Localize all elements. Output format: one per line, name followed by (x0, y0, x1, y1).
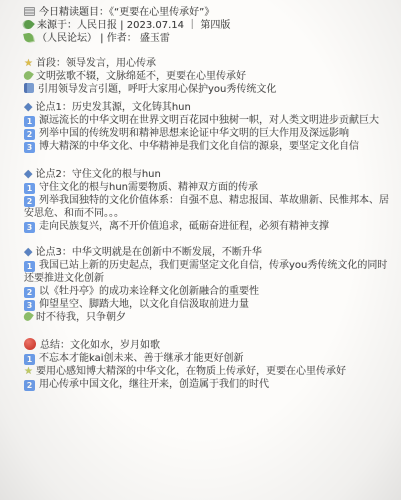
keycap-1-icon: 1 (24, 261, 35, 272)
note-line-section-1: ◆论点1：历史发其源，文化铸其hun (24, 101, 391, 114)
line-text: 列举中国的传统发明和精神思想来论证中华文明的巨大作用及深远影响 (39, 128, 349, 139)
keycap-3-icon: 3 (24, 222, 35, 233)
line-text: 仰望星空、脚踏大地，以文化自信汲取前进力量 (39, 299, 249, 310)
keycap-1-icon: 1 (24, 116, 35, 127)
line-text: 博大精深的中华文化、中华精神是我们文化自信的源泉，要坚定文化自信 (39, 141, 359, 152)
line-text: 论点1：历史发其源，文化铸其hun (35, 102, 190, 113)
sparkle-green-icon: ★ (24, 366, 33, 377)
note-line: 1我国已站上新的历史起点，我们更需坚定文化自信，传承you秀传统文化的同时还要推… (24, 259, 391, 285)
line-text: 我国已站上新的历史起点，我们更需坚定文化自信，传承you秀传统文化的同时还要推进… (24, 260, 387, 284)
line-text: 源远流长的中华文明在世界文明百花园中独树一帜，对人类文明进步贡献巨大 (39, 115, 379, 126)
note-line: 3博大精深的中华文化、中华精神是我们文化自信的源泉，要坚定文化自信 (24, 140, 391, 153)
line-text: 时不待我，只争朝夕 (36, 312, 126, 323)
line-text: 不忘本才能kai创未来、善于继承才能更好创新 (39, 353, 244, 364)
line-text: 文明弦歌不辍，文脉绵延不，更要在心里传承好 (36, 71, 246, 82)
line-text: 论点2：守住文化的根与hun (35, 169, 160, 180)
diamond-icon: ◆ (24, 167, 32, 180)
note-line: 引用领导发言引题，呼吁大家用心保护you秀传统文化 (24, 83, 391, 96)
keycap-1-icon: 1 (24, 354, 35, 365)
herb-icon (23, 32, 34, 43)
keycap-2-icon: 2 (24, 287, 35, 298)
line-text: 以《牡丹亭》的成功来诠释文化创新融合的重要性 (39, 286, 259, 297)
note-line: ★首段：领导发言，用心传承 (24, 57, 391, 70)
keycap-3-icon: 3 (24, 300, 35, 311)
line-text: 论点3：中华文明就是在创新中不断发展，不断升华 (35, 247, 261, 258)
line-text: 引用领导发言引题，呼吁大家用心保护you秀传统文化 (38, 84, 276, 95)
note-line: 2以《牡丹亭》的成功来诠释文化创新融合的重要性 (24, 285, 391, 298)
notes-page: 今日精读题目：《“更要在心里传承好”》 来源于：人民日报 | 2023.07.1… (0, 0, 401, 500)
line-text: 守住文化的根与hun需要物质、精神双方面的传承 (39, 182, 258, 193)
red-circle-icon (24, 338, 36, 350)
line-text: 首段：领导发言，用心传承 (36, 58, 156, 69)
note-line-source: 来源于：人民日报 | 2023.07.14 ｜ 第四版 (24, 19, 391, 32)
note-line: 2列举我国独特的文化价值体系：自强不息、精忠报国、革故鼎新、民惟邦本、居安思危、… (24, 194, 391, 220)
line-text: 要用心感知博大精深的中华文化，在物质上传承好，更要在心里传承好 (36, 366, 346, 377)
newspaper-icon (24, 7, 35, 16)
line-text: 总结：文化如水，岁月如歌 (40, 340, 160, 351)
keycap-2-icon: 2 (24, 196, 35, 207)
note-line: 1源远流长的中华文明在世界文明百花园中独树一帜，对人类文明进步贡献巨大 (24, 114, 391, 127)
note-line: 2列举中国的传统发明和精神思想来论证中华文明的巨大作用及深远影响 (24, 127, 391, 140)
note-line: 1不忘本才能kai创未来、善于继承才能更好创新 (24, 352, 391, 365)
line-text: 来源于：人民日报 | 2023.07.14 ｜ 第四版 (37, 20, 230, 31)
line-text: 用心传承中国文化，继往开来，创造属于我们的时代 (39, 379, 269, 390)
blue-book-icon (24, 83, 34, 93)
line-text: 走向民族复兴，离不开价值追求，砥砺奋进征程，必须有精神支撑 (39, 221, 329, 232)
keycap-3-icon: 3 (24, 142, 35, 153)
note-line: 文明弦歌不辍，文脉绵延不，更要在心里传承好 (24, 70, 391, 83)
keycap-2-icon: 2 (24, 380, 35, 391)
note-line: 时不待我，只争朝夕 (24, 311, 391, 324)
note-line-author: （人民论坛） | 作者： 盛玉雷 (24, 32, 391, 45)
note-line: 3仰望星空、脚踏大地，以文化自信汲取前进力量 (24, 298, 391, 311)
line-text: （人民论坛） | 作者： 盛玉雷 (37, 33, 170, 44)
note-line: ★要用心感知博大精深的中华文化，在物质上传承好，更要在心里传承好 (24, 365, 391, 378)
note-line-section-2: ◆论点2：守住文化的根与hun (24, 168, 391, 181)
keycap-1-icon: 1 (24, 183, 35, 194)
note-line: 1守住文化的根与hun需要物质、精神双方面的传承 (24, 181, 391, 194)
sparkle-icon: ★ (24, 58, 33, 69)
line-text: 列举我国独特的文化价值体系：自强不息、精忠报国、革故鼎新、民惟邦本、居安思危、和… (24, 195, 389, 219)
note-line: 3走向民族复兴，离不开价值追求，砥砺奋进征程，必须有精神支撑 (24, 220, 391, 233)
seedling-icon (22, 70, 34, 82)
diamond-icon: ◆ (24, 245, 32, 258)
diamond-icon: ◆ (24, 100, 32, 113)
note-line-title: 今日精读题目：《“更要在心里传承好”》 (24, 6, 391, 19)
note-line: 2用心传承中国文化，继往开来，创造属于我们的时代 (24, 378, 391, 391)
clover-icon (22, 18, 35, 31)
seedling-icon (22, 311, 34, 323)
note-line-section-3: ◆论点3：中华文明就是在创新中不断发展，不断升华 (24, 246, 391, 259)
keycap-2-icon: 2 (24, 129, 35, 140)
note-line-summary: 总结：文化如水，岁月如歌 (24, 338, 391, 352)
line-text: 今日精读题目：《“更要在心里传承好”》 (39, 7, 214, 18)
